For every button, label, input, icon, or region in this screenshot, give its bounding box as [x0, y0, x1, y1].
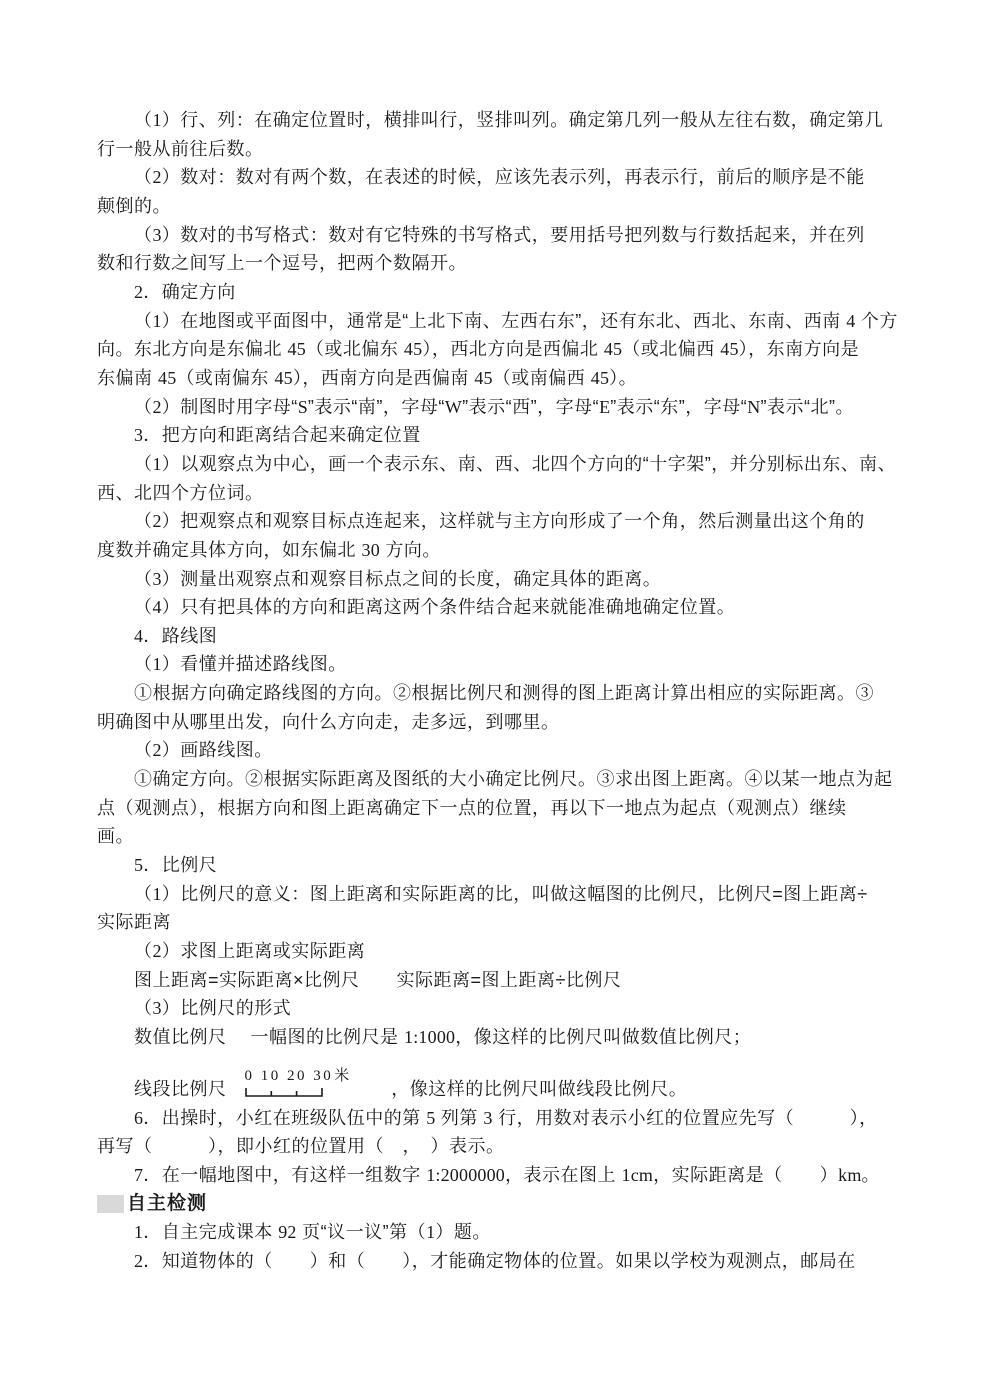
latin-text: 1: [153, 654, 162, 674]
latin-text: S: [298, 397, 308, 417]
text-line: （3）测量出观察点和观察目标点之间的长度，确定具体的距离。: [97, 565, 912, 594]
text-line: 度数并确定具体方向，如东偏北 30 方向。: [97, 536, 912, 565]
latin-text: 3: [153, 225, 162, 245]
text-line: （1）看懂并描述路线图。: [97, 650, 912, 679]
scale-ruler-graphic: 0 10 20 30米: [245, 1068, 350, 1097]
scale-ruler-unit: 米: [334, 1067, 349, 1084]
text-line: ①确定方向。②根据实际距离及图纸的大小确定比例尺。③求出图上距离。④以某一地点为…: [97, 765, 912, 794]
text-line: 数和行数之间写上一个逗号，把两个数隔开。: [97, 249, 912, 278]
latin-text: 3: [483, 1108, 492, 1128]
segment-scale-line: 线段比例尺0 10 20 30米，像这样的比例尺叫做线段比例尺。: [97, 1052, 912, 1104]
latin-text: 2: [153, 167, 162, 187]
text-line: 6．出操时，小红在班级队伍中的第 5 列第 3 行，用数对表示小红的位置应先写（…: [97, 1104, 912, 1133]
text-line: 数值比例尺 一幅图的比例尺是 1:1000，像这样的比例尺叫做数值比例尺；: [97, 1023, 912, 1052]
text-line: 行一般从前往后数。: [97, 135, 912, 164]
text-line: 点（观测点），根据方向和图上距离确定下一点的位置，再以下一地点为起点（观测点）继…: [97, 794, 912, 823]
latin-text: 1: [153, 884, 162, 904]
header-bar-decoration: [97, 1195, 124, 1213]
latin-text: 4: [153, 597, 162, 617]
text-line: 7．在一幅地图中，有这样一组数字 1:2000000，表示在图上 1cm，实际距…: [97, 1161, 912, 1190]
latin-text: 2: [134, 282, 143, 302]
latin-text: 45: [158, 368, 176, 388]
latin-text: 5: [134, 855, 143, 875]
section-header-label: 自主检测: [127, 1190, 207, 1219]
document-body: （1）行、列：在确定位置时，横排叫行，竖排叫列。确定第几列一般从左往右数，确定第…: [97, 106, 912, 1276]
text-line: 1．自主完成课本 92 页“议一议”第（1）题。: [97, 1218, 912, 1247]
text-line: （1）以观察点为中心，画一个表示东、南、西、北四个方向的“十字架”，并分别标出东…: [97, 450, 912, 479]
latin-text: 7: [134, 1165, 143, 1185]
text-line: ①根据方向确定路线图的方向。②根据比例尺和测得的图上距离计算出相应的实际距离。③: [97, 679, 912, 708]
latin-text: 3: [153, 998, 162, 1018]
latin-text: 30: [362, 540, 380, 560]
latin-text: 3: [134, 425, 143, 445]
text-line: （2）画路线图。: [97, 736, 912, 765]
latin-text: 2: [134, 1251, 143, 1271]
latin-text: 1: [153, 110, 162, 130]
latin-text: 2: [153, 511, 162, 531]
text-line: （2）把观察点和观察目标点连起来，这样就与主方向形成了一个角，然后测量出这个角的: [97, 507, 912, 536]
segment-scale-text: ，像这样的比例尺叫做线段比例尺。: [391, 1075, 687, 1104]
latin-text: 1: [153, 454, 162, 474]
latin-text: 1: [153, 311, 162, 331]
text-line: 东偏南 45（或南偏东 45），西南方向是西偏南 45（或南偏西 45）。: [97, 364, 912, 393]
latin-text: 45: [404, 339, 422, 359]
text-line: （1）在地图或平面图中，通常是“上北下南、左西右东”，还有东北、西北、东南、西南…: [97, 307, 912, 336]
latin-text: 4: [846, 311, 855, 331]
latin-text: N: [747, 397, 760, 417]
latin-text: 2: [153, 941, 162, 961]
latin-text: 45: [604, 339, 622, 359]
text-line: （2）数对：数对有两个数，在表述的时候，应该先表示列，再表示行，前后的顺序是不能: [97, 163, 912, 192]
text-line: 颠倒的。: [97, 192, 912, 221]
section-header: 自主检测: [97, 1190, 912, 1219]
latin-text: 2: [153, 397, 162, 417]
text-line: 画。: [97, 822, 912, 851]
text-line: 3．把方向和距离结合起来确定位置: [97, 421, 912, 450]
latin-text: 45: [288, 339, 306, 359]
ruler-icon: [245, 1085, 323, 1097]
text-line: 西、北四个方位词。: [97, 479, 912, 508]
scale-ruler-numbers: 0 10 20 30: [245, 1068, 334, 1084]
latin-text: 1:2000000: [426, 1165, 505, 1185]
document-page: （1）行、列：在确定位置时，横排叫行，竖排叫列。确定第几列一般从左往右数，确定第…: [0, 0, 1000, 1384]
latin-text: 1:1000: [404, 1027, 455, 1047]
text-line: （1）行、列：在确定位置时，横排叫行，竖排叫列。确定第几列一般从左往右数，确定第…: [97, 106, 912, 135]
text-line: 4．路线图: [97, 622, 912, 651]
latin-text: 45: [274, 368, 292, 388]
text-line: 再写（ ），即小红的位置用（ ， ）表示。: [97, 1132, 912, 1161]
text-line: 2．知道物体的（ ）和（ ），才能确定物体的位置。如果以学校为观测点，邮局在: [97, 1247, 912, 1276]
text-line: 图上距离=实际距离×比例尺 实际距离=图上距离÷比例尺: [97, 966, 912, 995]
text-line: （3）比例尺的形式: [97, 994, 912, 1023]
latin-text: 3: [153, 569, 162, 589]
text-line: （2）制图时用字母“S”表示“南”，字母“W”表示“西”，字母“E”表示“东”，…: [97, 393, 912, 422]
scale-ruler-tick-labels: 0 10 20 30米: [245, 1068, 350, 1084]
latin-text: W: [445, 397, 462, 417]
latin-text: 45: [720, 339, 738, 359]
text-line: （4）只有把具体的方向和距离这两个条件结合起来就能准确地确定位置。: [97, 593, 912, 622]
text-line: （2）求图上距离或实际距离: [97, 937, 912, 966]
text-line: 明确图中从哪里出发，向什么方向走，走多远，到哪里。: [97, 708, 912, 737]
latin-text: E: [599, 397, 610, 417]
latin-text: 1cm: [622, 1165, 654, 1185]
segment-scale-label: 线段比例尺: [134, 1075, 227, 1104]
text-line: 5．比例尺: [97, 851, 912, 880]
latin-text: 1: [134, 1222, 143, 1242]
text-line: （3）数对的书写格式：数对有它特殊的书写格式，要用括号把列数与行数括起来，并在列: [97, 221, 912, 250]
text-line: （1）比例尺的意义：图上距离和实际距离的比，叫做这幅图的比例尺，比例尺=图上距离…: [97, 880, 912, 909]
latin-text: 2: [153, 740, 162, 760]
latin-text: 6: [134, 1108, 143, 1128]
latin-text: 4: [134, 626, 143, 646]
latin-text: 1: [426, 1222, 435, 1242]
latin-text: km: [838, 1165, 861, 1185]
text-line: 2．确定方向: [97, 278, 912, 307]
latin-text: 45: [591, 368, 609, 388]
text-line: 向。东北方向是东偏北 45（或北偏东 45），西北方向是西偏北 45（或北偏西 …: [97, 335, 912, 364]
latin-text: 45: [474, 368, 492, 388]
latin-text: 5: [426, 1108, 435, 1128]
text-line: 实际距离: [97, 908, 912, 937]
latin-text: 92: [278, 1222, 296, 1242]
